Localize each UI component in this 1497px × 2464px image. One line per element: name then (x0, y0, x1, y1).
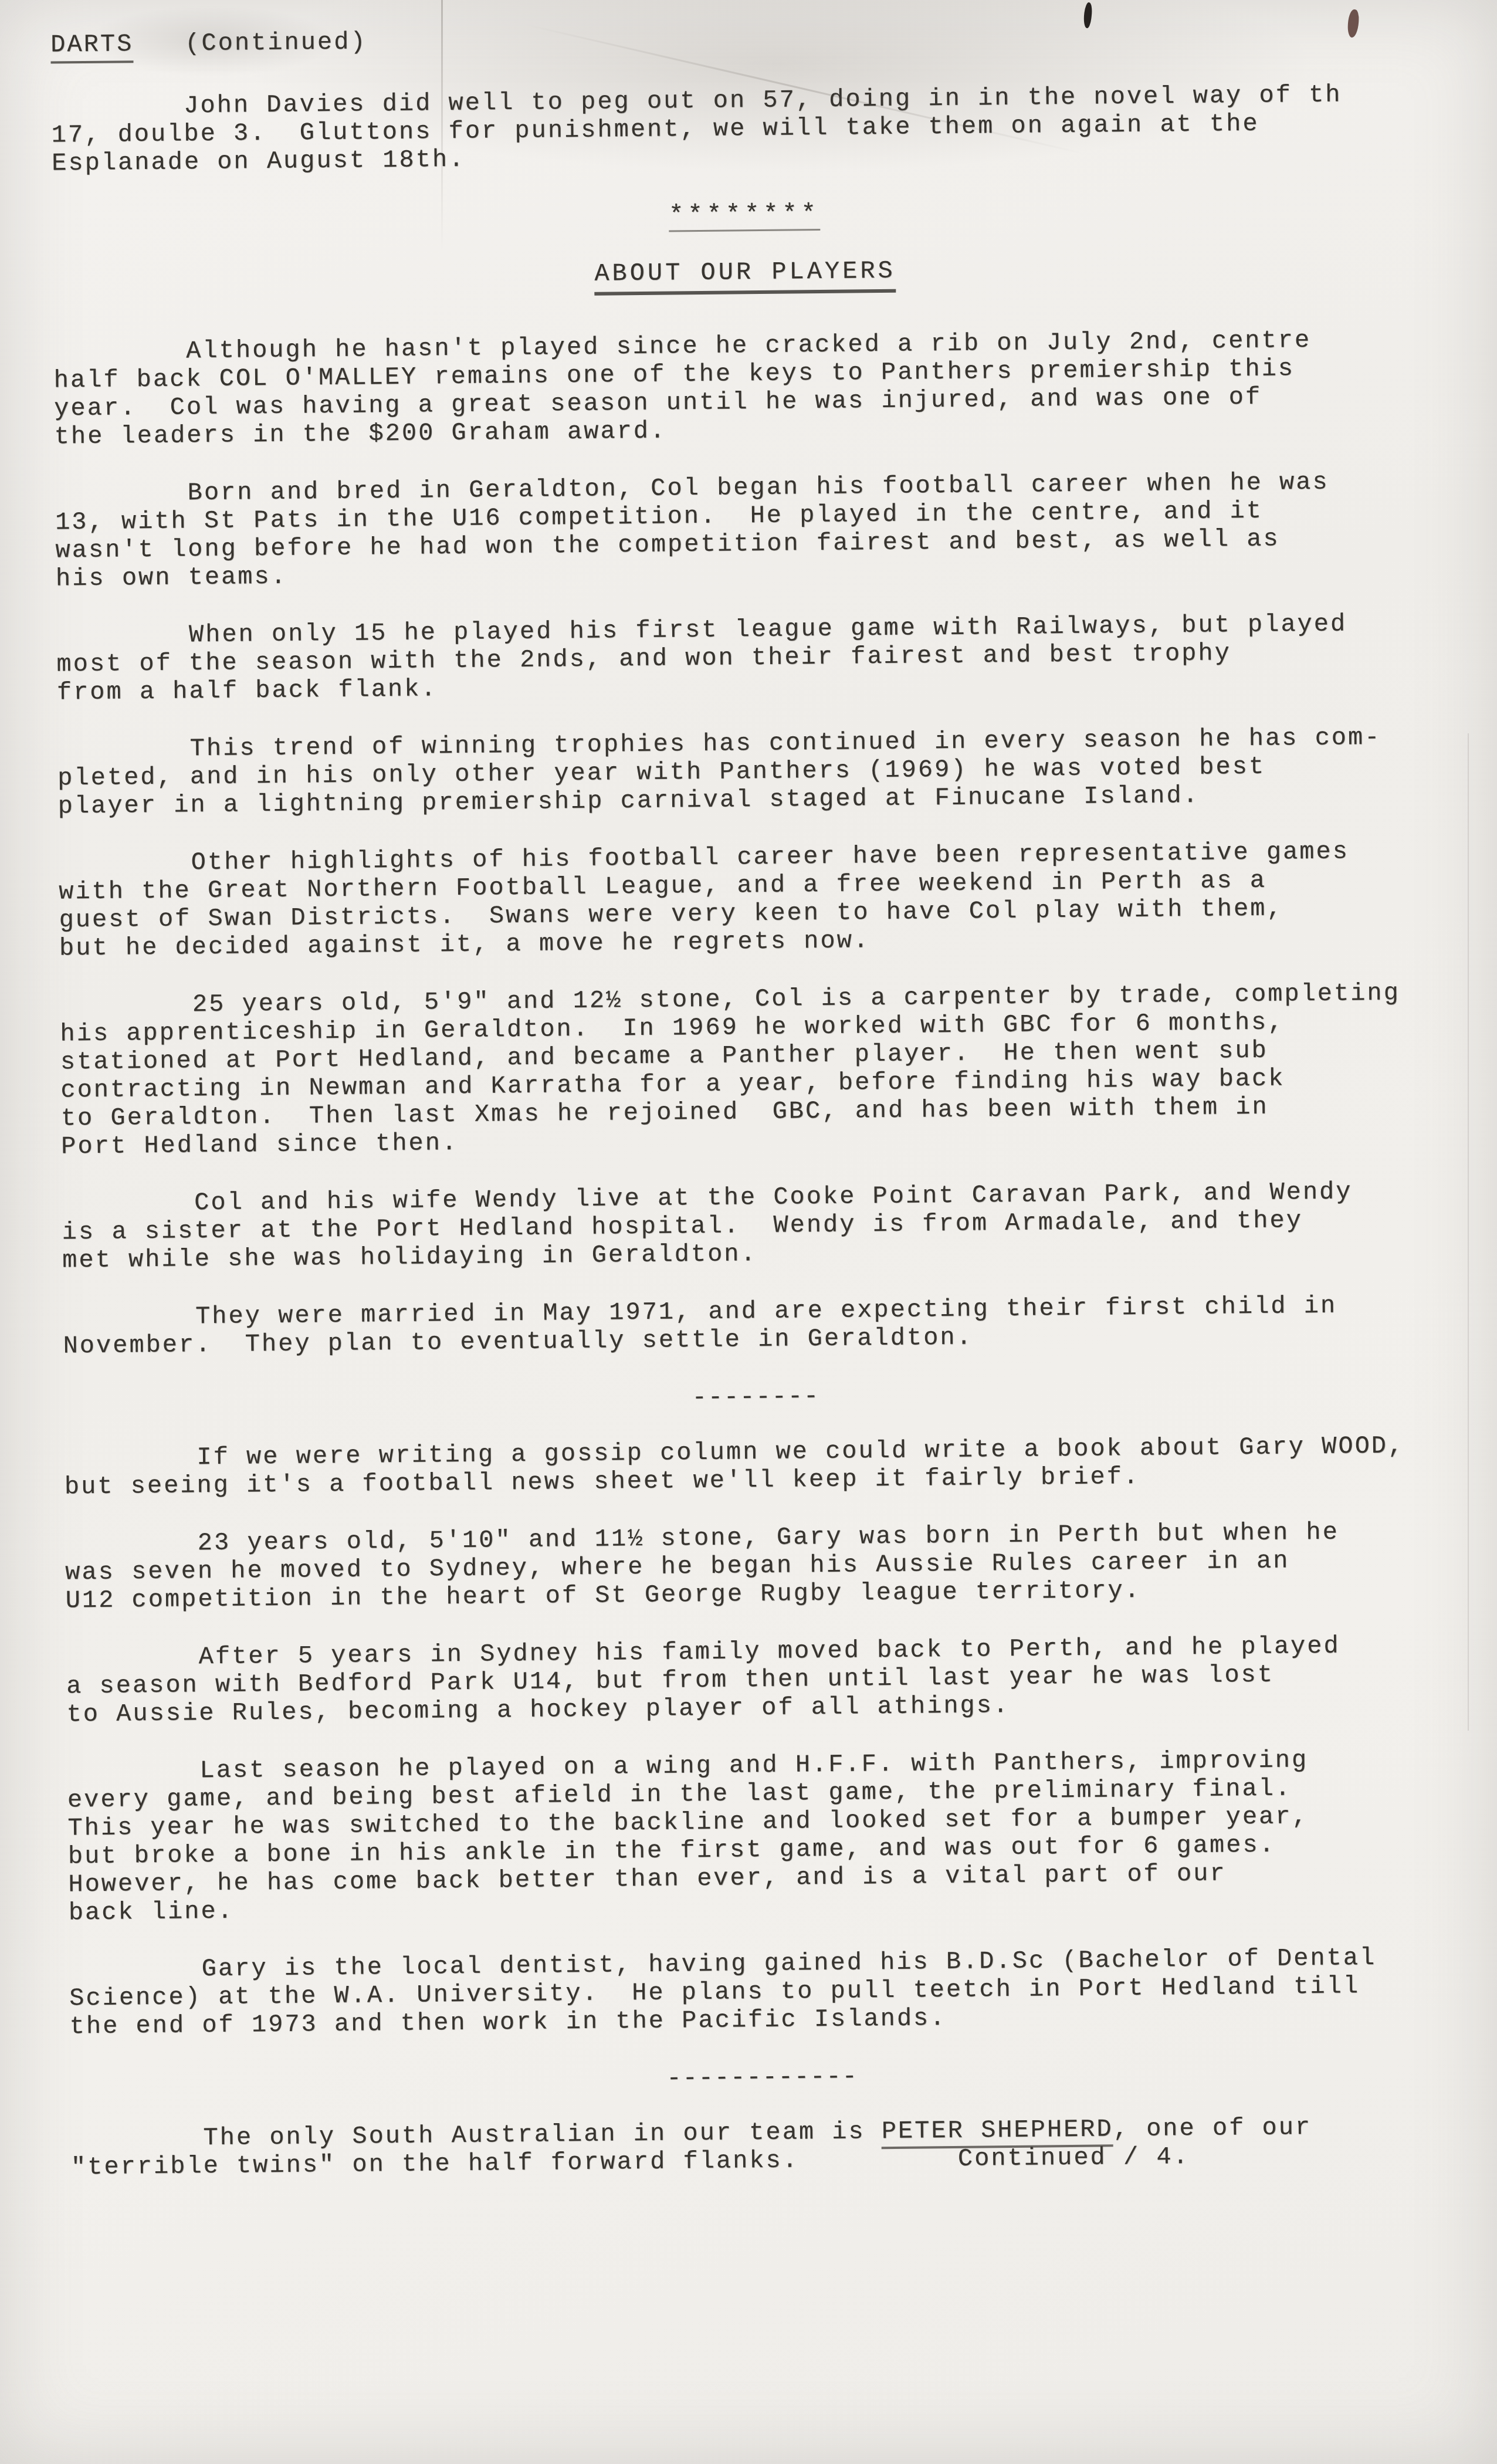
dash-row-long: ------------ (666, 2063, 858, 2093)
paragraph-wood-dentist: Gary is the local dentist, having gained… (69, 1943, 1454, 2041)
paragraph-wood-early: 23 years old, 5'10" and 11½ stone, Gary … (65, 1517, 1450, 1615)
paragraph-omalley-trade: 25 years old, 5'9" and 12½ stone, Col is… (60, 979, 1446, 1161)
paragraph-omalley-trophies: This trend of winning trophies has conti… (57, 723, 1442, 821)
paragraph-darts: John Davies did well to peg out on 57, d… (51, 80, 1436, 178)
players-heading: ABOUT OUR PLAYERS (53, 252, 1437, 301)
paragraph-omalley-highlights: Other highlights of his football career … (58, 837, 1444, 963)
paragraph-omalley-married: They were married in May 1971, and are e… (63, 1291, 1448, 1360)
scanned-page: DARTS(Continued) John Davies did well to… (0, 0, 1497, 2464)
paragraph-wood-perth: After 5 years in Sydney his family moved… (66, 1631, 1451, 1729)
continued-footer: Continued / 4. (958, 2143, 1190, 2173)
paragraph-omalley-intro: Although he hasn't played since he crack… (53, 325, 1439, 451)
asterisk-row: ******** (669, 199, 820, 232)
section-continued: (Continued) (185, 28, 367, 57)
paragraph-wood-intro: If we were writing a gossip column we co… (64, 1431, 1449, 1501)
paragraph-wood-season: Last season he played on a wing and H.F.… (67, 1745, 1453, 1927)
players-heading-text: ABOUT OUR PLAYERS (594, 257, 896, 296)
dash-row: -------- (692, 1382, 819, 1412)
paper-fold-right (1468, 733, 1469, 1731)
paragraph-omalley-family: Col and his wife Wendy live at the Cooke… (62, 1177, 1447, 1275)
separator-dashes-long: ------------ (70, 2057, 1454, 2099)
typewritten-content: DARTS(Continued) John Davies did well to… (50, 18, 1455, 2181)
separator-dashes: -------- (63, 1376, 1448, 1418)
section-title: DARTS (50, 30, 134, 63)
paragraph-omalley-league: When only 15 he played his first league … (56, 609, 1441, 707)
paragraph-shepherd: The only South Australian in our team is… (70, 2112, 1455, 2182)
paragraph-omalley-early: Born and bred in Geraldton, Col began hi… (55, 467, 1440, 593)
separator-asterisks: ******** (52, 194, 1437, 238)
